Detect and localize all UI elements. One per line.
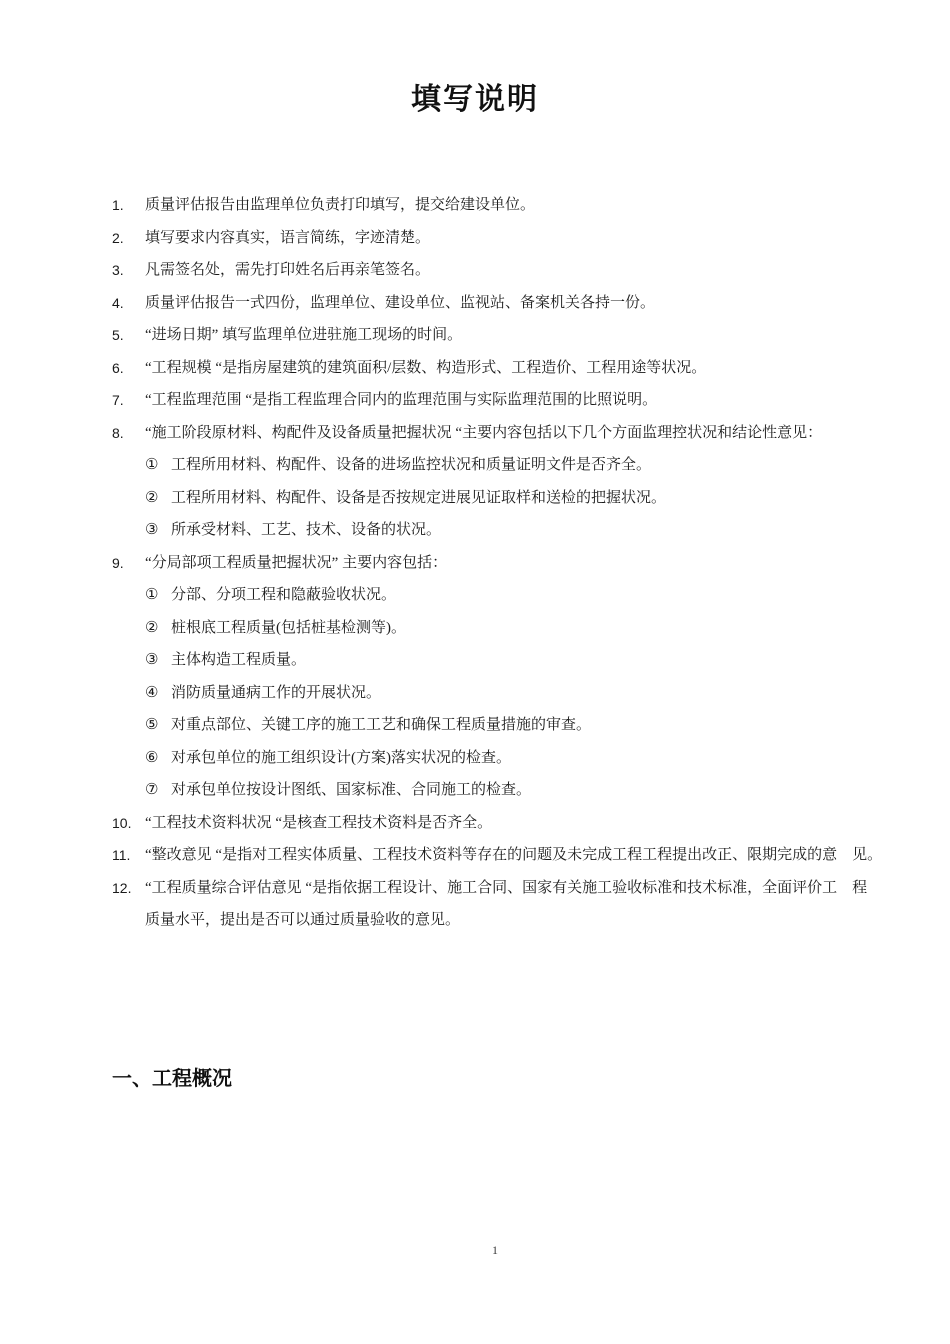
list-item: 4. 质量评估报告一式四份，监理单位、建设单位、监视站、备案机关各持一份。 (112, 287, 912, 320)
subitem-mark: ⑦ (145, 774, 171, 807)
item-number: 12. (112, 872, 145, 937)
item-number: 1. (112, 189, 145, 222)
subitem-text: 对承包单位按设计图纸、国家标准、合同施工的检查。 (171, 774, 912, 807)
item-text: 质量评估报告由监理单位负责打印填写，提交给建设单位。 (145, 189, 912, 222)
section-heading: 一、工程概况 (112, 1067, 950, 1091)
list-subitem: ⑤ 对重点部位、关键工序的施工工艺和确保工程质量措施的审查。 (112, 709, 912, 742)
list-item: 3. 凡需签名处，需先打印姓名后再亲笔签名。 (112, 254, 912, 287)
list-item: 11. “整改意见 “是指对工程实体质量、工程技术资料等存在的问题及未完成工程工… (112, 839, 912, 872)
list-item: 12. “工程质量综合评估意见 “是指依据工程设计、施工合同、国家有关施工验收标… (112, 872, 912, 937)
subitem-text: 分部、分项工程和隐蔽验收状况。 (171, 579, 912, 612)
subitem-mark: ⑤ (145, 709, 171, 742)
subitem-text: 对承包单位的施工组织设计(方案)落实状况的检查。 (171, 742, 912, 775)
document-page: 填写说明 1. 质量评估报告由监理单位负责打印填写，提交给建设单位。 2. 填写… (0, 0, 950, 1344)
subitem-text: 工程所用材料、构配件、设备的进场监控状况和质量证明文件是否齐全。 (171, 449, 912, 482)
item-number: 4. (112, 287, 145, 320)
item-text: “分局部项工程质量把握状况” 主要内容包括： (145, 547, 912, 580)
item-number: 7. (112, 384, 145, 417)
item-text: “工程质量综合评估意见 “是指依据工程设计、施工合同、国家有关施工验收标准和技术… (145, 872, 912, 937)
item-text: 填写要求内容真实，语言简练，字迹清楚。 (145, 222, 912, 255)
subitem-text: 对重点部位、关键工序的施工工艺和确保工程质量措施的审查。 (171, 709, 912, 742)
item-number: 2. (112, 222, 145, 255)
subitem-text: 桩根底工程质量(包括桩基检测等)。 (171, 612, 912, 645)
item-text: “施工阶段原材料、构配件及设备质量把握状况 “主要内容包括以下几个方面监理控状况… (145, 417, 912, 450)
subitem-mark: ③ (145, 644, 171, 677)
subitem-mark: ⑥ (145, 742, 171, 775)
list-item: 2. 填写要求内容真实，语言简练，字迹清楚。 (112, 222, 912, 255)
item-number: 5. (112, 319, 145, 352)
instructions-list: 1. 质量评估报告由监理单位负责打印填写，提交给建设单位。 2. 填写要求内容真… (112, 189, 912, 937)
list-item: 7. “工程监理范围 “是指工程监理合同内的监理范围与实际监理范围的比照说明。 (112, 384, 912, 417)
item-number: 11. (112, 839, 145, 872)
subitem-mark: ① (145, 449, 171, 482)
list-item: 8. “施工阶段原材料、构配件及设备质量把握状况 “主要内容包括以下几个方面监理… (112, 417, 912, 450)
subitem-mark: ① (145, 579, 171, 612)
item-number: 3. (112, 254, 145, 287)
item-text: “工程技术资料状况 “是核查工程技术资料是否齐全。 (145, 807, 912, 840)
document-title: 填写说明 (0, 0, 950, 119)
list-subitem: ② 工程所用材料、构配件、设备是否按规定进展见证取样和送检的把握状况。 (112, 482, 912, 515)
item-text: 凡需签名处，需先打印姓名后再亲笔签名。 (145, 254, 912, 287)
list-subitem: ⑥ 对承包单位的施工组织设计(方案)落实状况的检查。 (112, 742, 912, 775)
list-subitem: ④ 消防质量通病工作的开展状况。 (112, 677, 912, 710)
list-subitem: ③ 所承受材料、工艺、技术、设备的状况。 (112, 514, 912, 547)
item-number: 6. (112, 352, 145, 385)
list-item: 10. “工程技术资料状况 “是核查工程技术资料是否齐全。 (112, 807, 912, 840)
subitem-mark: ② (145, 612, 171, 645)
item-text: “整改意见 “是指对工程实体质量、工程技术资料等存在的问题及未完成工程工程提出改… (145, 839, 912, 872)
item-number: 9. (112, 547, 145, 580)
item-text: “工程规模 “是指房屋建筑的建筑面积/层数、构造形式、工程造价、工程用途等状况。 (145, 352, 912, 385)
list-item: 5. “进场日期” 填写监理单位进驻施工现场的时间。 (112, 319, 912, 352)
item-number: 10. (112, 807, 145, 840)
list-subitem: ③ 主体构造工程质量。 (112, 644, 912, 677)
item-number: 8. (112, 417, 145, 450)
list-item: 1. 质量评估报告由监理单位负责打印填写，提交给建设单位。 (112, 189, 912, 222)
subitem-text: 消防质量通病工作的开展状况。 (171, 677, 912, 710)
subitem-mark: ④ (145, 677, 171, 710)
item-text: 质量评估报告一式四份，监理单位、建设单位、监视站、备案机关各持一份。 (145, 287, 912, 320)
subitem-text: 所承受材料、工艺、技术、设备的状况。 (171, 514, 912, 547)
list-subitem: ① 工程所用材料、构配件、设备的进场监控状况和质量证明文件是否齐全。 (112, 449, 912, 482)
subitem-mark: ② (145, 482, 171, 515)
subitem-mark: ③ (145, 514, 171, 547)
list-item: 6. “工程规模 “是指房屋建筑的建筑面积/层数、构造形式、工程造价、工程用途等… (112, 352, 912, 385)
subitem-text: 工程所用材料、构配件、设备是否按规定进展见证取样和送检的把握状况。 (171, 482, 912, 515)
list-subitem: ① 分部、分项工程和隐蔽验收状况。 (112, 579, 912, 612)
item-text: “进场日期” 填写监理单位进驻施工现场的时间。 (145, 319, 912, 352)
item-text: “工程监理范围 “是指工程监理合同内的监理范围与实际监理范围的比照说明。 (145, 384, 912, 417)
list-subitem: ⑦ 对承包单位按设计图纸、国家标准、合同施工的检查。 (112, 774, 912, 807)
subitem-text: 主体构造工程质量。 (171, 644, 912, 677)
list-subitem: ② 桩根底工程质量(包括桩基检测等)。 (112, 612, 912, 645)
list-item: 9. “分局部项工程质量把握状况” 主要内容包括： (112, 547, 912, 580)
page-number: 1 (0, 1243, 950, 1258)
